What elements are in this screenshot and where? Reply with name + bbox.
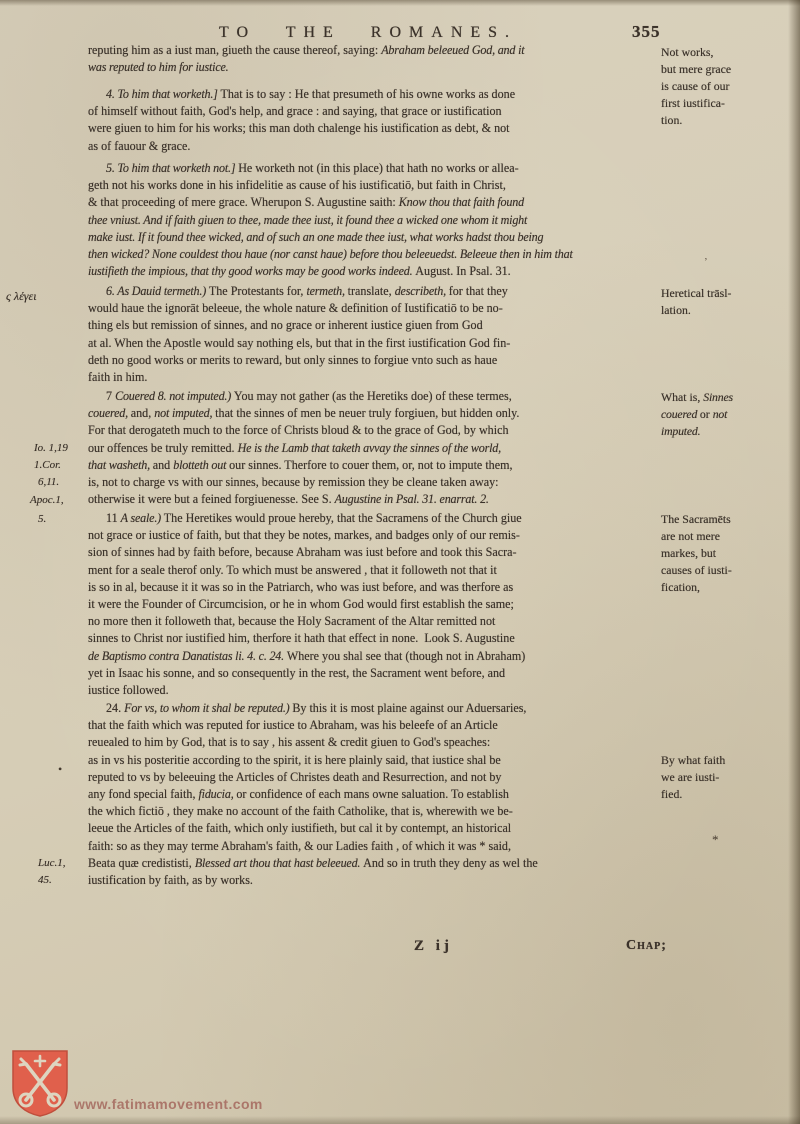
gathering-signature: Z ij — [414, 938, 453, 955]
scanned-book-page: TO THE ROMANES. 355 reputing him as a iu… — [0, 0, 800, 1124]
running-header: TO THE ROMANES. — [88, 24, 648, 42]
text-run: describeth, — [395, 284, 449, 298]
paragraph-annotation-24: 24. For vs, to whom it shal be reputed.)… — [88, 700, 676, 889]
text-run: 6. As Dauid termeth.) — [106, 284, 209, 298]
margin-ref-io-1-19: Io. 1,19 — [34, 440, 68, 457]
text-run: The Sacramēts are not mere markes, but c… — [661, 512, 732, 594]
catchword: Chap; — [626, 938, 667, 954]
margin-note-heretical: Heretical trāsl- lation. — [661, 285, 795, 319]
watermark-url-text: www.fatimamovement.com — [74, 1096, 263, 1112]
margin-note-by-what-faith: By what faith we are iusti- fied. — [661, 752, 795, 803]
page-bottom-shadow — [0, 1116, 800, 1124]
margin-note-sacraments: The Sacramēts are not mere markes, but c… — [661, 511, 795, 596]
watermark: www.fatimamovement.com — [10, 1048, 263, 1118]
ink-dot-mark: • — [58, 762, 62, 777]
crossed-keys-shield-icon — [10, 1048, 70, 1118]
text-run: for that they would haue the ignorāt bel… — [88, 284, 510, 384]
text-run: For vs, to whom it shal be reputed.) — [124, 701, 292, 715]
text-run: translate, — [348, 284, 395, 298]
text-run: and, — [131, 406, 155, 420]
paragraph-annotation-7: 7 Couered 8. not imputed.) You may not g… — [88, 388, 676, 508]
text-run: 7 — [106, 389, 115, 403]
text-run: By this it is most plaine against our Ad… — [88, 701, 526, 801]
paragraph-annotation-11: 11 A seale.) The Heretikes would proue h… — [88, 510, 676, 699]
margin-note-sinnes-couered: What is, Sinnes couered or not imputed. — [661, 389, 795, 440]
text-run: couered, — [88, 406, 131, 420]
margin-ref-luc-1-45: Luc.1, 45. — [38, 855, 66, 889]
paragraph-annotation-5: 5. To him that worketh not.] He worketh … — [88, 160, 676, 280]
text-run: Couered 8. not imputed.) — [115, 389, 234, 403]
text-run: fiducia, — [199, 787, 237, 801]
text-run: not imputed, — [154, 406, 215, 420]
margin-ref-apoc-1: Apoc.1, — [30, 492, 64, 509]
text-run: A seale.) — [121, 511, 164, 525]
text-run: 5. To him that worketh not.] — [106, 161, 238, 175]
text-run: Augustine in Psal. 31. enarrat. 2. — [335, 492, 489, 506]
text-run: 11 — [106, 511, 121, 525]
text-run: What is, — [661, 390, 703, 404]
paragraph-annotation-6: 6. As Dauid termeth.) The Protestants fo… — [88, 283, 676, 386]
text-run: reputing him as a iust man, giueth the c… — [88, 43, 381, 57]
margin-note-greek: ς λέγει — [6, 288, 37, 305]
margin-ref-5: 5. — [38, 511, 46, 528]
ink-tick-mark: ’ — [704, 256, 708, 268]
margin-ref-1-cor: 1.Cor. — [34, 457, 61, 474]
margin-ref-6-11: 6,11. — [38, 474, 59, 491]
text-run: or — [700, 407, 713, 421]
asterisk-reference-mark: * — [712, 832, 719, 848]
text-run: Blessed art thou that hast beleeued. — [195, 856, 363, 870]
paragraph-continuation: reputing him as a iust man, giueth the c… — [88, 42, 676, 76]
margin-note-not-works: Not works, but mere grace is cause of ou… — [661, 44, 795, 129]
text-run: Not works, but mere grace is cause of ou… — [661, 45, 731, 127]
text-run: By what faith we are iusti- fied. — [661, 753, 725, 801]
text-run: 24. — [106, 701, 124, 715]
text-run: and — [153, 458, 174, 472]
text-run: August. In Psal. 31. — [415, 264, 510, 278]
text-run: The Heretikes would proue hereby, that t… — [88, 511, 522, 645]
text-run: 4. To him that worketh.] — [106, 87, 221, 101]
text-run: de Baptismo contra Danatistas li. 4. c. … — [88, 649, 287, 663]
text-run: Heretical trāsl- lation. — [661, 286, 731, 317]
text-run: termeth, — [306, 284, 347, 298]
text-run: The Protestants for, — [209, 284, 307, 298]
page-number: 355 — [632, 22, 661, 42]
paragraph-annotation-4: 4. To him that worketh.] That is to say … — [88, 86, 676, 155]
text-run: You may not gather (as the Heretiks doe)… — [234, 389, 512, 403]
text-run: blotteth out — [173, 458, 229, 472]
